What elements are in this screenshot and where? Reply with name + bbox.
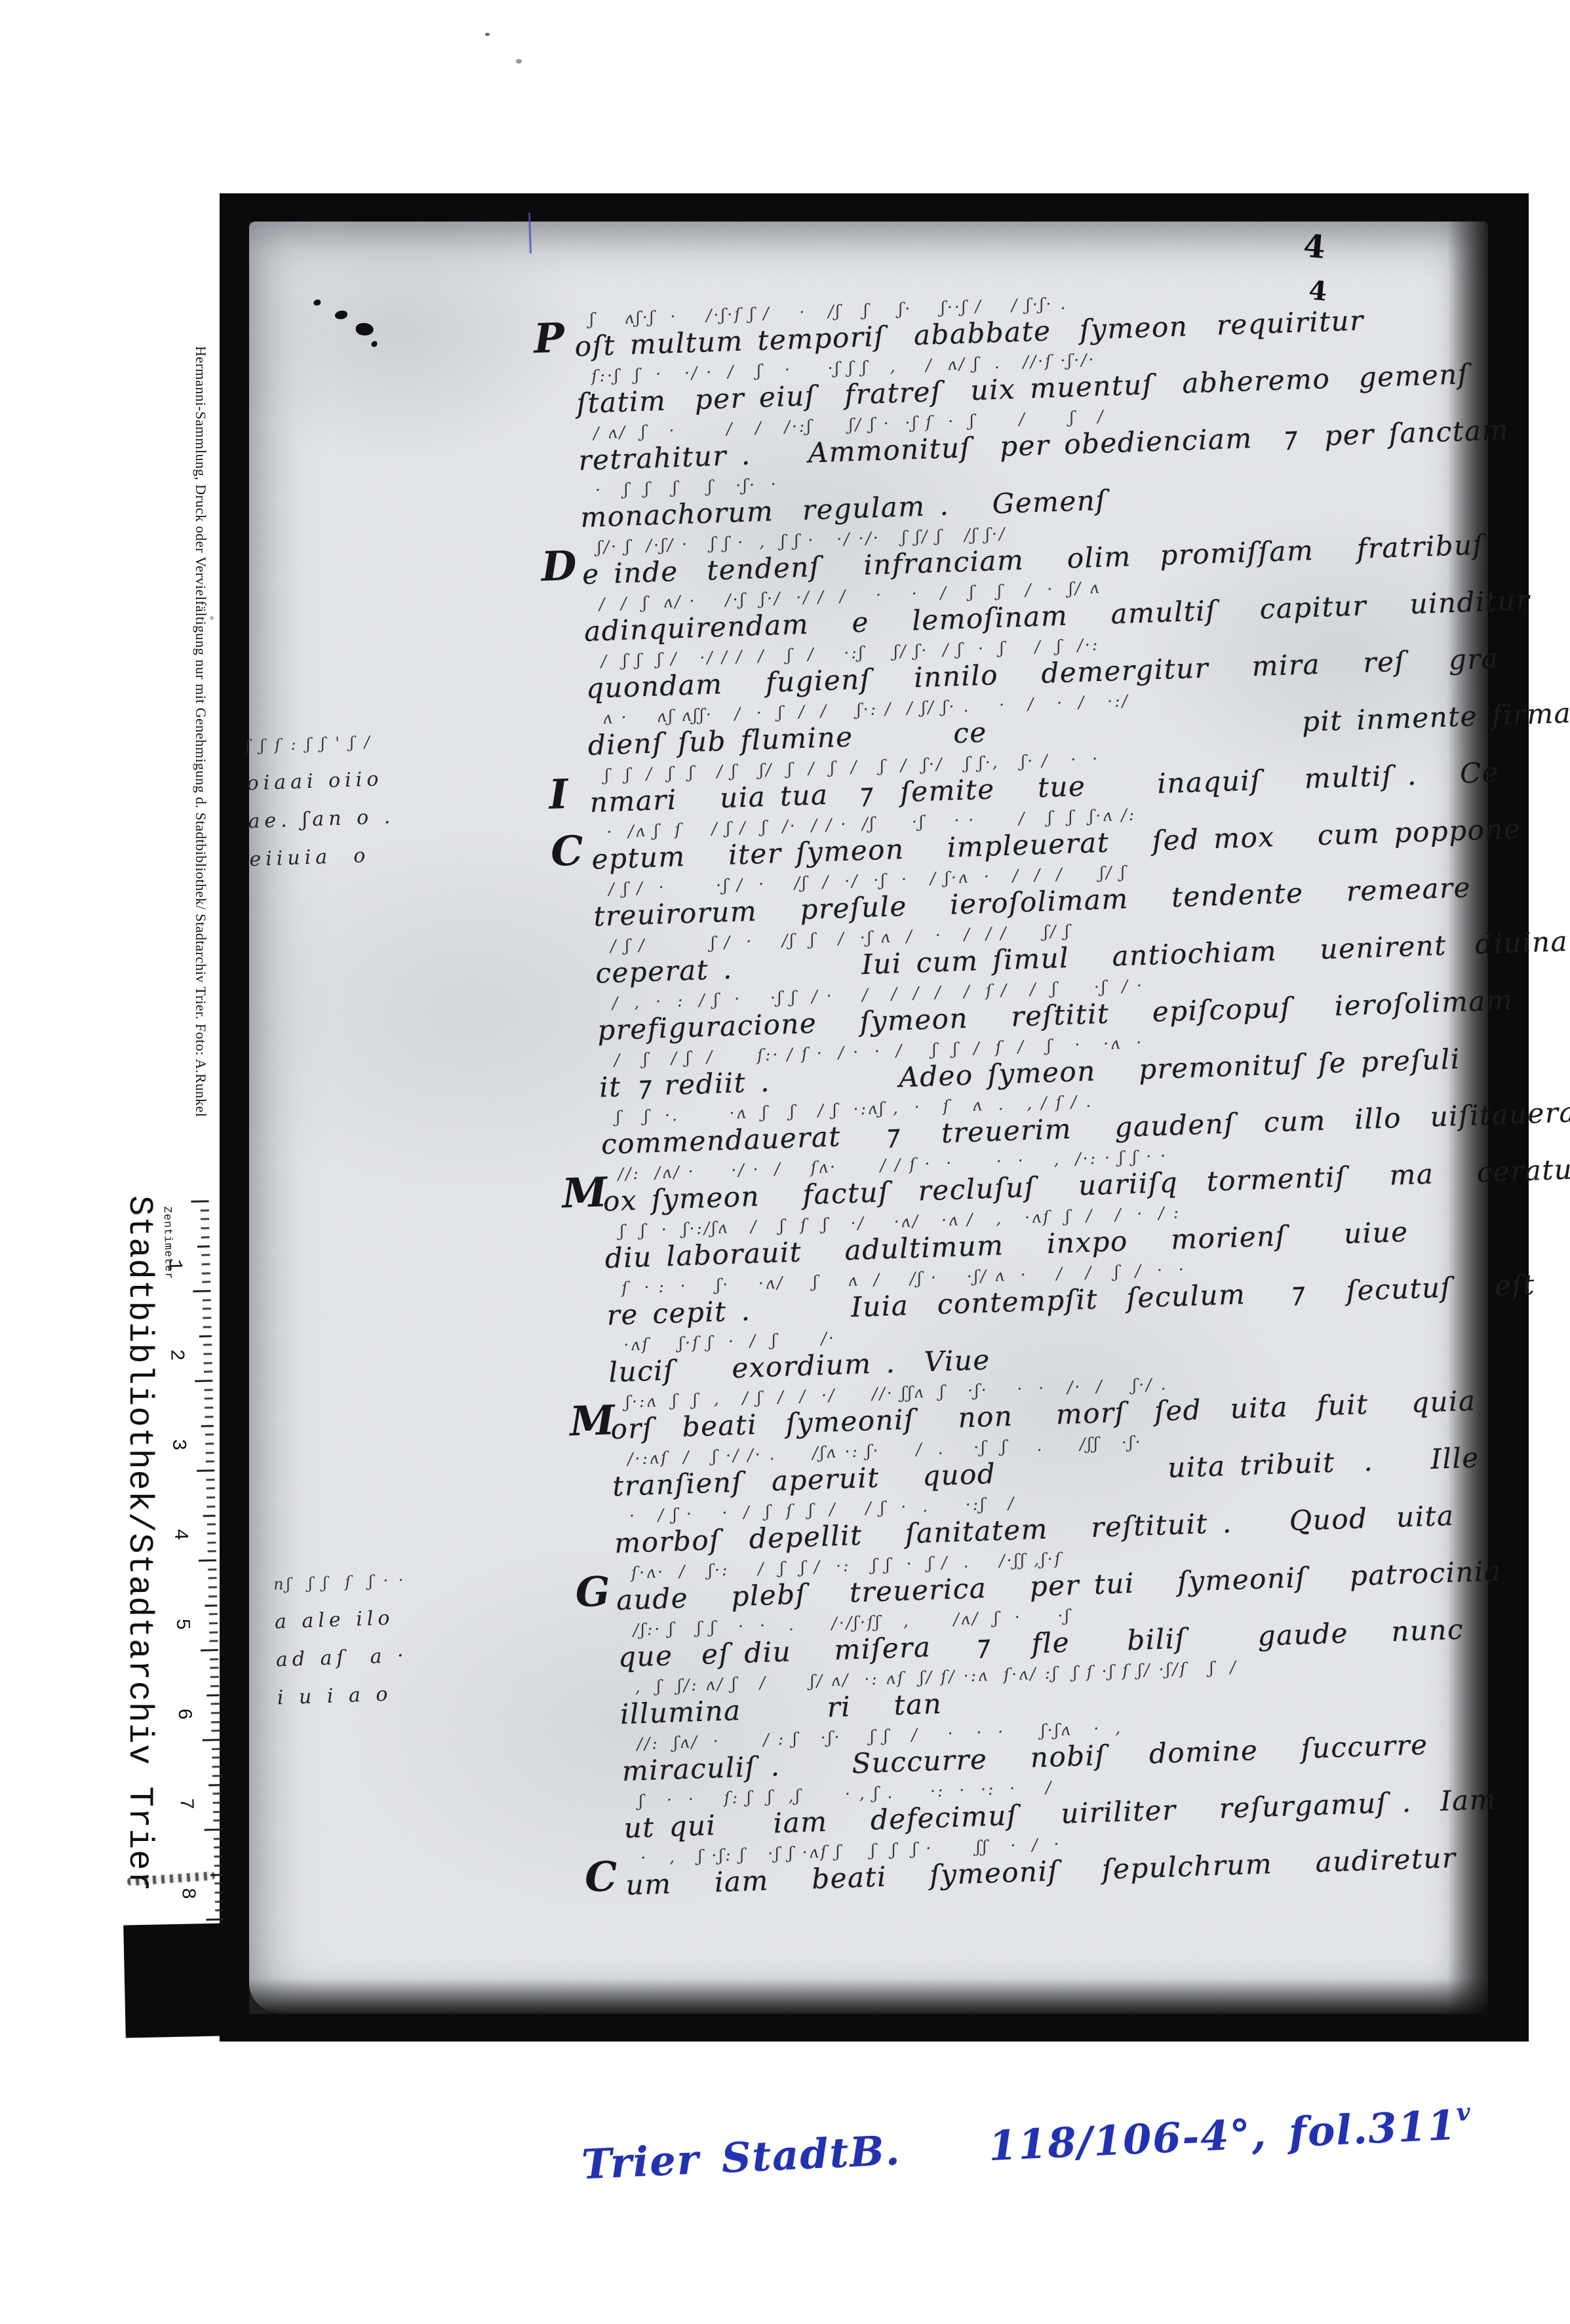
ruler-tick [204, 1362, 212, 1364]
ruler-tick [215, 1901, 224, 1903]
ruler-tick [206, 1496, 215, 1498]
ruler-tick [207, 1541, 216, 1543]
margin-notation-row: ad aſ a · [275, 1636, 473, 1680]
margin-notation-row: nʃ ʃ ʃ ſ ʃ · · [273, 1560, 471, 1605]
ruler-tick [208, 1595, 217, 1597]
ruler-tick [205, 1389, 213, 1391]
initial-letter: C [584, 1861, 624, 1893]
shelfmark-superscript: v [1456, 2099, 1472, 2127]
ruler-tick [211, 1712, 220, 1714]
ruler-tick [199, 1335, 212, 1337]
ruler-tick [205, 1406, 213, 1408]
scan-page: { "page": {"background": "#ffffff"}, "ph… [0, 0, 1570, 2324]
foliation-mark: 4 [1302, 227, 1327, 266]
ruler-tick [212, 1766, 221, 1768]
ruler-tick [203, 1308, 211, 1310]
ruler-tick [205, 1829, 222, 1831]
initial-letter: D [541, 551, 581, 582]
ruler-tick [213, 1819, 222, 1821]
ruler-tick [193, 1290, 210, 1292]
ruler-tick [201, 1218, 209, 1220]
ruler-tick [202, 1272, 210, 1274]
archive-name-caption: Stadtbibliothek/Stadtarchiv Trier [120, 1195, 159, 1926]
ruler-tick [205, 1443, 214, 1444]
ruler-tick [206, 1479, 214, 1481]
ruler-tick [203, 1326, 212, 1328]
margin-notation-row: ae. ʃan o . [248, 798, 446, 842]
margin-notation-row: i u i a o [277, 1674, 475, 1718]
ruler-tick [208, 1551, 216, 1553]
ruler-number: 6 [172, 1708, 195, 1720]
ruler-tick [215, 1891, 224, 1893]
ruler-tick [206, 1694, 219, 1696]
initial-letter: G [575, 1576, 615, 1608]
ruler-tick [204, 1371, 212, 1373]
ruler-number: 7 [174, 1798, 197, 1810]
ruler-tick [208, 1784, 221, 1786]
page-speck [485, 33, 490, 36]
ruler-tick [201, 1254, 210, 1256]
ruler-tick [205, 1604, 217, 1606]
ruler-tick [215, 1909, 224, 1911]
ruler-tick [201, 1649, 218, 1652]
ink-blot [313, 300, 321, 305]
ruler-tick [211, 1730, 220, 1732]
ruler-tick [197, 1245, 210, 1247]
ruler-tick [206, 1505, 215, 1507]
ruler-tick [209, 1613, 218, 1615]
ruler-tick [210, 1640, 218, 1642]
ruler-tick [210, 1676, 219, 1678]
initial-letter: I [549, 779, 589, 810]
initial-letter: M [562, 1178, 602, 1209]
ruler-tick [202, 1281, 210, 1283]
initial-letter: M [569, 1405, 609, 1437]
margin-notation-row: oiaai oiio [246, 760, 444, 804]
ruler-tick [214, 1846, 222, 1848]
initial-letter: C [551, 836, 591, 867]
ruler-tick [203, 1317, 211, 1319]
margin-notation-row: a ale ilo [274, 1598, 472, 1643]
ruler-tick [213, 1811, 222, 1813]
ruler-tick [212, 1775, 221, 1777]
ruler-tick [205, 1433, 214, 1435]
ruler-tick [211, 1721, 220, 1723]
ruler-tick [206, 1488, 215, 1490]
page-speck [516, 59, 522, 64]
ruler-tick [207, 1532, 216, 1534]
ruler-tick [212, 1757, 220, 1759]
ink-blot [371, 341, 377, 347]
ruler-tick [203, 1739, 220, 1741]
ruler-tick [201, 1227, 209, 1229]
ruler-tick [206, 1461, 214, 1463]
manuscript-text-block: ʃ ʌʃ·ʃ · /·ʃ·ſ ʃ / · /ʃ ʃ ʃ· ʃ··ʃ / / ʃ·… [532, 279, 1528, 1905]
photo-edge-grain-bottom [249, 1979, 1488, 2015]
ruler-tick [210, 1667, 218, 1669]
ruler-tick [214, 1838, 222, 1840]
page-speck [210, 616, 214, 620]
shelfmark-text: Trier StadtB. 118/106-4°, fol.311 [581, 2101, 1458, 2189]
margin-notation-row: eiiuia o [249, 836, 447, 880]
ruler-tick [210, 1685, 219, 1687]
archive-copyright-caption: Hermanni-Sammlung, Druck oder Vervielfäl… [192, 346, 209, 1244]
ruler-tick [201, 1236, 210, 1238]
ruler-tick [207, 1523, 216, 1525]
ruler-number: 8 [176, 1888, 198, 1900]
ruler-tick [214, 1865, 223, 1867]
ink-blot [355, 322, 374, 336]
margin-notation-block: ʃ ʃ ſ : ʃ ʃ ' ʃ /oiaai oiioae. ʃan o .ei… [245, 722, 447, 880]
photo-frame-corner-block [123, 1923, 224, 2038]
ruler-number: 5 [170, 1618, 193, 1631]
ruler-tick [199, 1559, 216, 1562]
ruler-tick [203, 1353, 212, 1355]
ruler-number: 1 [163, 1259, 185, 1271]
ruler-tick [209, 1622, 218, 1624]
ruler-tick [214, 1855, 222, 1857]
ruler-tick [203, 1344, 212, 1346]
ruler-tick [213, 1802, 222, 1804]
ruler-number: 3 [167, 1439, 189, 1451]
ruler-tick [212, 1748, 220, 1750]
initial-letter: P [534, 322, 574, 354]
ruler-tick [191, 1200, 209, 1203]
shelfmark-annotation: Trier StadtB. 118/106-4°, fol.311v [534, 2060, 1272, 2191]
ruler-tick [208, 1568, 216, 1570]
ruler-tick [208, 1578, 217, 1579]
ruler-tick [214, 1882, 223, 1884]
ink-blot [335, 311, 347, 320]
ruler-tick [206, 1452, 214, 1454]
margin-notation-block: nʃ ʃ ʃ ſ ʃ · ·a ale iload aſ a ·i u i a … [273, 1560, 475, 1719]
ruler-tick [203, 1515, 216, 1517]
margin-notation-row: ʃ ʃ ſ : ʃ ʃ ' ʃ / [245, 722, 443, 766]
ruler-tick [205, 1416, 213, 1418]
ruler-tick [205, 1398, 213, 1400]
photo-edge-grain-right [1447, 222, 1489, 2014]
ruler-tick [197, 1469, 214, 1472]
ruler-tick [201, 1209, 209, 1211]
ruler-tick [202, 1263, 210, 1265]
ruler-number: 4 [168, 1528, 191, 1541]
manuscript-content: 4 4 ʃ ʃ ſ : ʃ ʃ ' ʃ /oiaai oiioae. ʃan o… [220, 201, 1518, 2034]
ruler-tick [211, 1703, 220, 1705]
manuscript-parchment: 4 4 ʃ ʃ ſ : ʃ ʃ ' ʃ /oiaai oiioae. ʃan o… [249, 222, 1488, 2014]
ruler-tick [208, 1586, 217, 1588]
ruler-tick [203, 1299, 211, 1301]
ruler-tick [209, 1631, 218, 1633]
centimeter-ruler: Zentimeter 12345678 [155, 1196, 227, 1924]
ruler-tick [201, 1425, 214, 1427]
ruler-tick [212, 1792, 221, 1794]
ruler-tick [210, 1658, 218, 1660]
ruler-tick [206, 1918, 224, 1921]
ruler-tick [195, 1380, 212, 1382]
ruler-number: 2 [165, 1349, 187, 1361]
